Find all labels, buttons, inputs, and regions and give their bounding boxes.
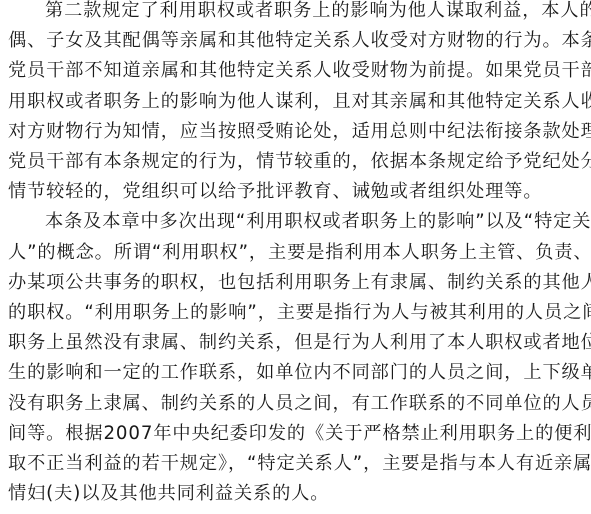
text-line: 办某项公共事务的职权，也包括利用职务上有隶属、制约关系的其他人员 [8,268,586,298]
text-line: 本条及本章中多次出现“利用职权或者职务上的影响”以及“特定关系 [8,207,586,237]
text-line: 党员干部有本条规定的行为，情节较重的，依据本条规定给予党纪处分； [8,147,586,177]
document-body: 第二款规定了利用职权或者职务上的影响为他人谋取利益，本人的配 偶、子女及其配偶等… [8,0,586,509]
text-line: 第二款规定了利用职权或者职务上的影响为他人谋取利益，本人的配 [8,0,586,26]
text-line: 生的影响和一定的工作联系，如单位内不同部门的人员之间，上下级单位 [8,358,586,388]
text-line: 没有职务上隶属、制约关系的人员之间，有工作联系的不同单位的人员之 [8,389,586,419]
paragraph-2: 本条及本章中多次出现“利用职权或者职务上的影响”以及“特定关系 人”的概念。所谓… [8,207,586,509]
text-line: 情节较轻的，党组织可以给予批评教育、诫勉或者组织处理等。 [8,177,586,207]
text-line: 职务上虽然没有隶属、制约关系，但是行为人利用了本人职权或者地位产 [8,328,586,358]
text-line: 的职权。“利用职务上的影响”，主要是指行为人与被其利用的人员之间在 [8,298,586,328]
text-line: 间等。根据2007年中央纪委印发的《关于严格禁止利用职务上的便利谋 [8,419,586,449]
text-line: 偶、子女及其配偶等亲属和其他特定关系人收受对方财物的行为。本条以 [8,26,586,56]
text-line: 情妇(夫)以及其他共同利益关系的人。 [8,479,586,509]
text-line: 对方财物行为知情，应当按照受贿论处，适用总则中纪法衔接条款处理。 [8,117,586,147]
text-line: 人”的概念。所谓“利用职权”，主要是指利用本人职务上主管、负责、承 [8,238,586,268]
text-line: 党员干部不知道亲属和其他特定关系人收受财物为前提。如果党员干部利 [8,56,586,86]
text-line: 用职权或者职务上的影响为他人谋利，且对其亲属和其他特定关系人收受 [8,87,586,117]
paragraph-1: 第二款规定了利用职权或者职务上的影响为他人谋取利益，本人的配 偶、子女及其配偶等… [8,0,586,207]
text-line: 取不正当利益的若干规定》，“特定关系人”，主要是指与本人有近亲属、 [8,449,586,479]
